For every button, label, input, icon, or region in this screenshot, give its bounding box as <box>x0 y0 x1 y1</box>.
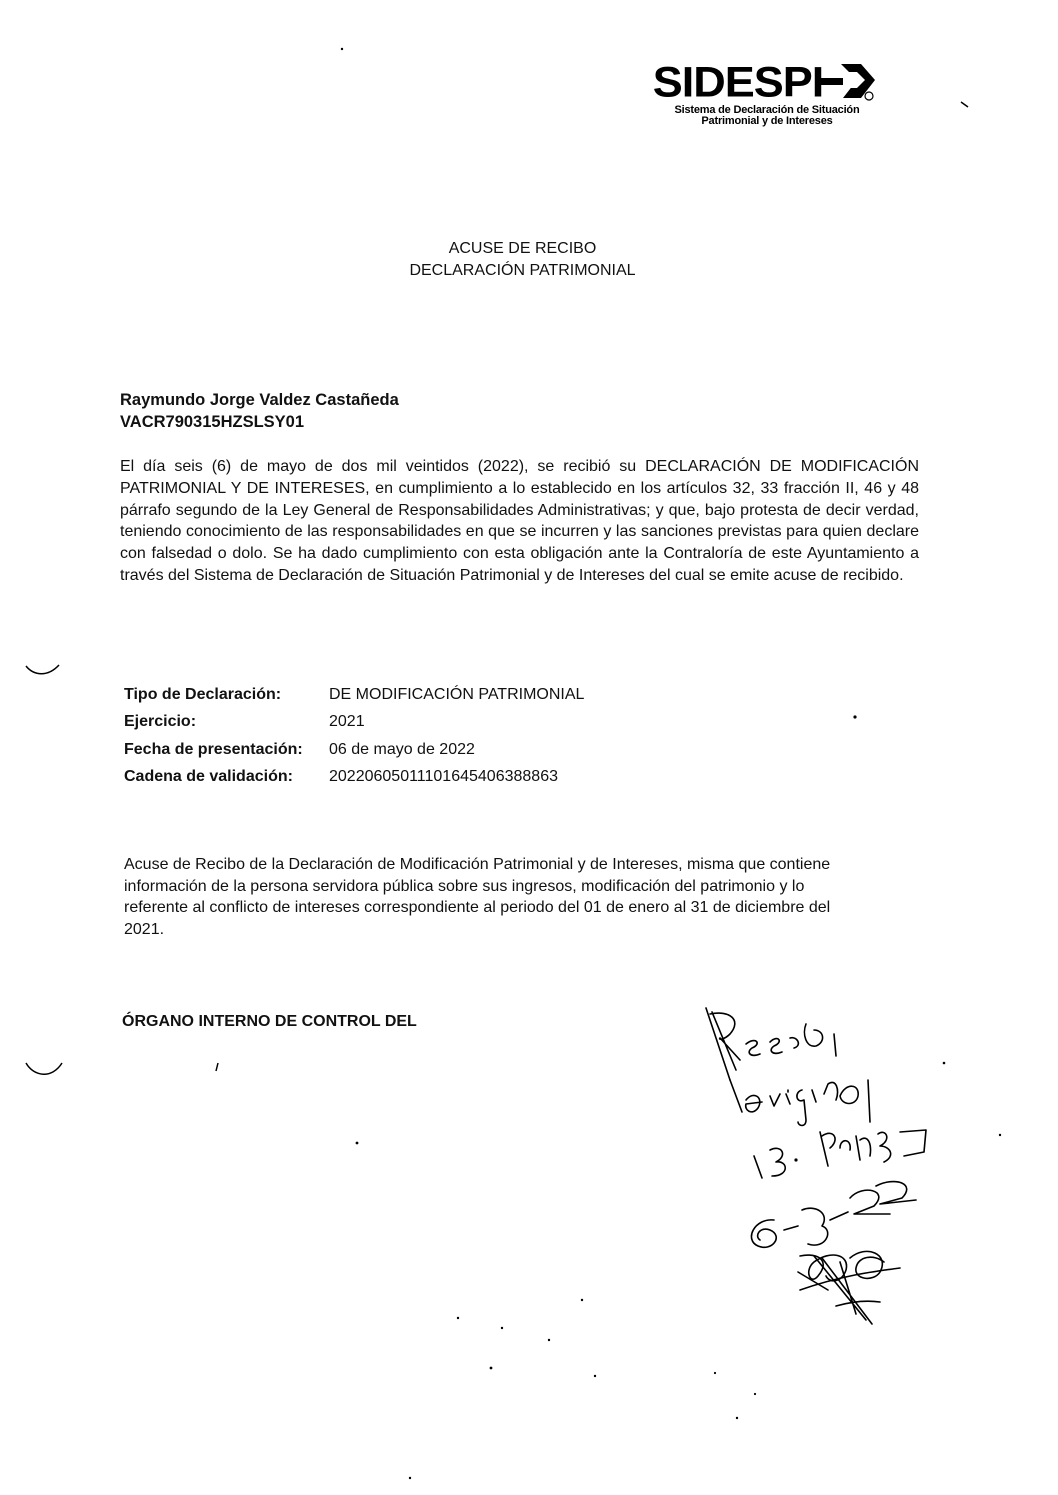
body-paragraph: El día seis (6) de mayo de dos mil veint… <box>120 456 919 587</box>
detail-row: Tipo de Declaración: DE MODIFICACIÓN PAT… <box>124 681 584 709</box>
declaration-details: Tipo de Declaración: DE MODIFICACIÓN PAT… <box>124 681 584 791</box>
document-title: ACUSE DE RECIBO DECLARACIÓN PATRIMONIAL <box>0 238 1045 282</box>
recipient-block: Raymundo Jorge Valdez Castañeda VACR7903… <box>120 389 399 433</box>
title-line-2: DECLARACIÓN PATRIMONIAL <box>0 260 1045 282</box>
detail-row: Fecha de presentación: 06 de mayo de 202… <box>124 736 584 764</box>
detail-value: 2021 <box>329 713 365 731</box>
detail-label: Cadena de validación: <box>124 768 329 786</box>
handwritten-receipt-note <box>690 1000 970 1340</box>
logo-brand: SIDESPI <box>653 60 824 104</box>
recipient-rfc: VACR790315HZSLSY01 <box>120 411 399 433</box>
arrow-right-icon <box>821 58 881 106</box>
detail-value: 06 de mayo de 2022 <box>329 741 475 759</box>
detail-value: 20220605011101645406388863 <box>329 768 558 786</box>
detail-value: DE MODIFICACIÓN PATRIMONIAL <box>329 686 584 704</box>
summary-line: información de la persona servidora públ… <box>124 876 924 898</box>
detail-label: Tipo de Declaración: <box>124 686 329 704</box>
detail-label: Fecha de presentación: <box>124 741 329 759</box>
title-line-1: ACUSE DE RECIBO <box>0 238 1045 260</box>
issuing-organ: ÓRGANO INTERNO DE CONTROL DEL <box>122 1013 417 1031</box>
detail-label: Ejercicio: <box>124 713 329 731</box>
summary-line: referente al conflicto de intereses corr… <box>124 897 924 919</box>
sidespi-logo: SIDESPI Sistema de Declaración de Situac… <box>652 58 882 128</box>
summary-paragraph: Acuse de Recibo de la Declaración de Mod… <box>124 854 924 940</box>
detail-row: Cadena de validación: 202206050111016454… <box>124 764 584 792</box>
summary-line: 2021. <box>124 919 924 941</box>
summary-line: Acuse de Recibo de la Declaración de Mod… <box>124 854 924 876</box>
detail-row: Ejercicio: 2021 <box>124 709 584 737</box>
recipient-name: Raymundo Jorge Valdez Castañeda <box>120 389 399 411</box>
